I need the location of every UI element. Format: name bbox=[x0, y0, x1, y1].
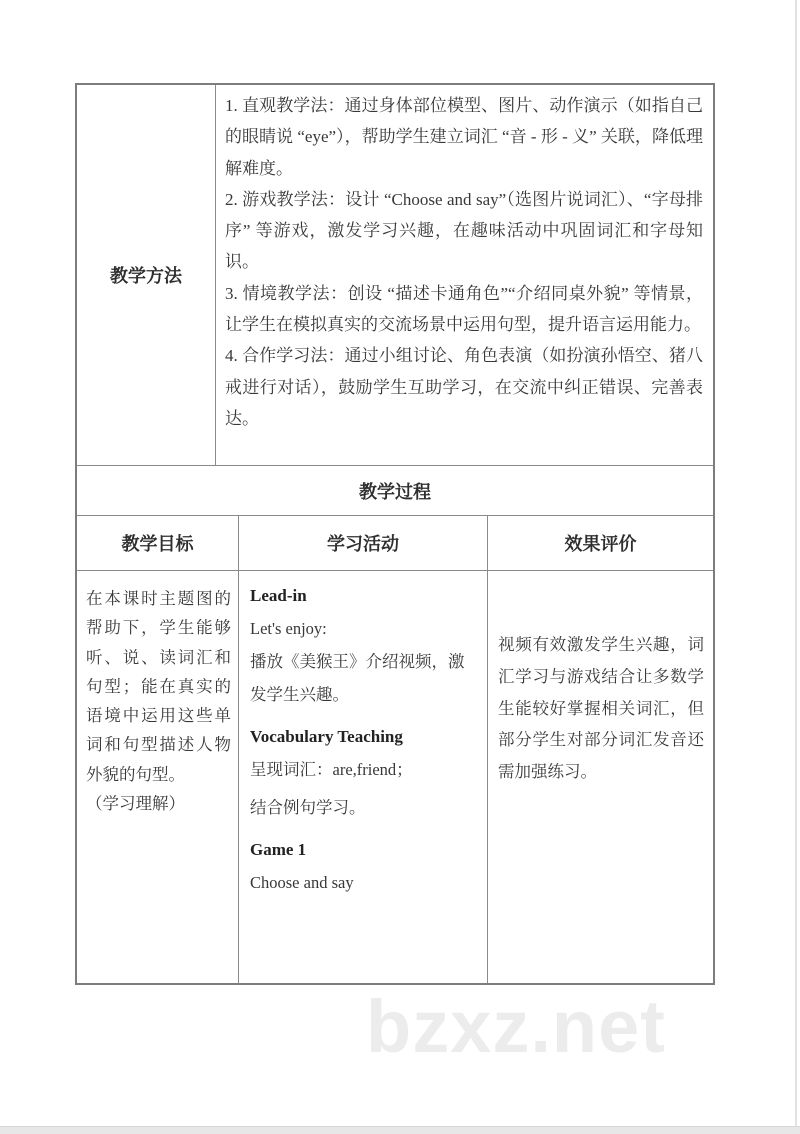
effect-evaluation-cell: 视频有效激发学生兴趣，词汇学习与游戏结合让多数学生能较好掌握相关词汇，但部分学生… bbox=[487, 571, 713, 983]
method-item: 2. 游戏教学法：设计 “Choose and say”（选图片说词汇）、“字母… bbox=[225, 184, 703, 278]
page-edge-line bbox=[795, 0, 797, 1126]
activity-line: Choose and say bbox=[250, 866, 475, 899]
teaching-methods-content: 1. 直观教学法：通过身体部位模型、图片、动作演示（如指自己的眼睛说 “eye”… bbox=[215, 85, 713, 465]
site-watermark: bzxz.net bbox=[366, 984, 666, 1069]
method-item: 4. 合作学习法：通过小组讨论、角色表演（如扮演孙悟空、猪八戒进行对话），鼓励学… bbox=[225, 340, 703, 434]
activity-line: 结合例句学习。 bbox=[250, 791, 475, 824]
page-bottom-strip bbox=[0, 1126, 800, 1134]
column-header-activity: 学习活动 bbox=[238, 516, 487, 570]
teaching-goal-text: 在本课时主题图的帮助下，学生能够听、说、读词汇和句型；能在真实的语境中运用这些单… bbox=[86, 584, 231, 789]
method-item: 1. 直观教学法：通过身体部位模型、图片、动作演示（如指自己的眼睛说 “eye”… bbox=[225, 90, 703, 184]
teaching-goal-note: （学习理解） bbox=[86, 789, 231, 818]
column-header-row: 教学目标 学习活动 效果评价 bbox=[77, 515, 713, 570]
teaching-process-title: 教学过程 bbox=[359, 478, 431, 504]
teaching-methods-row: 教学方法 1. 直观教学法：通过身体部位模型、图片、动作演示（如指自己的眼睛说 … bbox=[77, 85, 713, 465]
activity-line: Let's enjoy: bbox=[250, 612, 475, 645]
column-header-goal: 教学目标 bbox=[77, 516, 238, 570]
effect-evaluation-text: 视频有效激发学生兴趣，词汇学习与游戏结合让多数学生能较好掌握相关词汇，但部分学生… bbox=[498, 629, 704, 788]
activity-heading: Game 1 bbox=[250, 833, 475, 866]
activity-heading: Lead-in bbox=[250, 579, 475, 612]
teaching-methods-label: 教学方法 bbox=[77, 85, 215, 465]
method-item: 3. 情境教学法：创设 “描述卡通角色”“介绍同桌外貌” 等情景，让学生在模拟真… bbox=[225, 278, 703, 341]
content-row: 在本课时主题图的帮助下，学生能够听、说、读词汇和句型；能在真实的语境中运用这些单… bbox=[77, 570, 713, 983]
lesson-plan-table: 教学方法 1. 直观教学法：通过身体部位模型、图片、动作演示（如指自己的眼睛说 … bbox=[75, 83, 715, 985]
learning-activity-cell: Lead-in Let's enjoy: 播放《美猴王》介绍视频，激发学生兴趣。… bbox=[238, 571, 487, 983]
column-header-evaluation: 效果评价 bbox=[487, 516, 713, 570]
activity-heading: Vocabulary Teaching bbox=[250, 720, 475, 753]
teaching-goal-cell: 在本课时主题图的帮助下，学生能够听、说、读词汇和句型；能在真实的语境中运用这些单… bbox=[77, 571, 238, 983]
activity-line: 播放《美猴王》介绍视频，激发学生兴趣。 bbox=[250, 645, 475, 711]
activity-line: 呈现词汇：are,friend； bbox=[250, 753, 475, 786]
teaching-process-row: 教学过程 bbox=[77, 465, 713, 515]
